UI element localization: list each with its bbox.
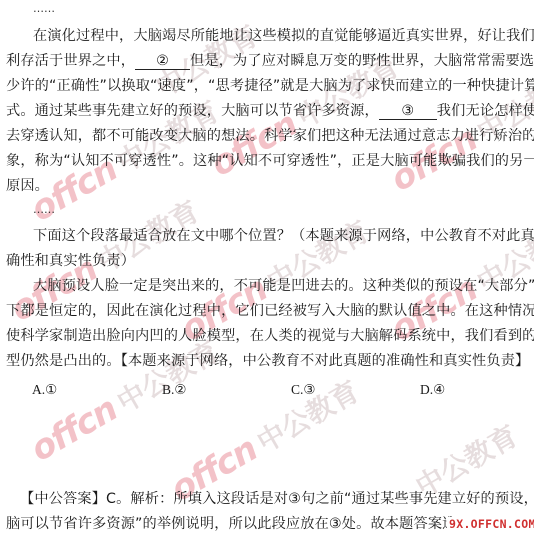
passage-line-2-start: 利存活于世界之中，: [6, 53, 135, 69]
passage-line-5: 去穿透认知，都不可能改变大脑的想法。科学家们把这种无法通过意志力进行矫治的认知现: [6, 127, 530, 145]
question-line-1: 下面这个段落最适合放在文中哪个位置？（本题来源于网络，中公教育不对此真题的准: [33, 227, 530, 245]
passage-line-2: 利存活于世界之中，②但是，为了应对瞬息万变的野性世界，大脑常常需要选择牺牲: [6, 52, 530, 70]
passage-line-4-start: 式。通过某些事先建立好的预设，大脑可以节省许多资源，: [6, 103, 379, 119]
blank-3-marker: ③: [401, 103, 414, 119]
option-c[interactable]: C.③: [291, 382, 315, 398]
passage-line-4: 式。通过某些事先建立好的预设，大脑可以节省许多资源，③我们无论怎样使用意志: [6, 102, 530, 120]
watermark-chinese: 中公教育: [111, 335, 225, 420]
option-a[interactable]: A.①: [32, 382, 57, 398]
watermark-logo: offcn: [24, 389, 124, 470]
blank-2-marker: ②: [156, 53, 169, 69]
passage-line-4-end: 我们无论怎样使用意志: [437, 103, 534, 119]
ellipsis-bottom: ……: [33, 203, 55, 216]
insert-paragraph-line-2: 下都是恒定的，因此在演化过程中，它们已经被写入大脑的默认值之中。在这种情况下，即: [6, 302, 530, 320]
answer-line-1: 【中公答案】C。解析：所填入这段话是对③句之前“通过某些事先建立好的预设，大: [20, 490, 530, 508]
passage-line-1: 在演化过程中，大脑竭尽所能地让这些模拟的直觉能够逼近真实世界，好让我们可以顺: [33, 27, 530, 45]
insert-paragraph-line-3: 使科学家制造出脸向内凹的人脸模型，在人类的视觉与大脑解码系统中，我们看到的人脸模: [6, 327, 530, 345]
blank-2: ②: [135, 53, 190, 70]
insert-paragraph-line-4: 型仍然是凸出的。【本题来源于网络，中公教育不对此真题的准确性和真实性负责】: [6, 352, 530, 370]
watermark: offcn 中公教育: [164, 370, 366, 510]
option-b[interactable]: B.②: [162, 382, 186, 398]
site-logo: 9X.OFFCN.COM: [447, 517, 534, 531]
passage-line-7: 原因。: [6, 177, 530, 195]
document-page: 中公教育 offcn 中公教育 offcn 中公教育 offcn 中公教育 of…: [0, 0, 534, 539]
question-line-2: 确性和真实性负责）: [6, 252, 530, 270]
option-d[interactable]: D.④: [420, 382, 445, 398]
passage-line-3: 少许的“正确性”以换取“速度”，“思考捷径”就是大脑为了求快而建立的一种快捷计算…: [6, 77, 530, 95]
blank-3: ③: [379, 103, 437, 120]
passage-line-6: 象，称为“认知不可穿透性”。这种“认知不可穿透性”，正是大脑可能欺骗我们的另一重…: [6, 152, 530, 170]
insert-paragraph-line-1: 大脑预设人脸一定是突出来的，不可能是凹进去的。这种类似的预设在“大部分”状态: [33, 277, 530, 295]
ellipsis-top: ……: [33, 2, 55, 15]
passage-line-2-end: 但是，为了应对瞬息万变的野性世界，大脑常常需要选择牺牲: [190, 53, 534, 69]
